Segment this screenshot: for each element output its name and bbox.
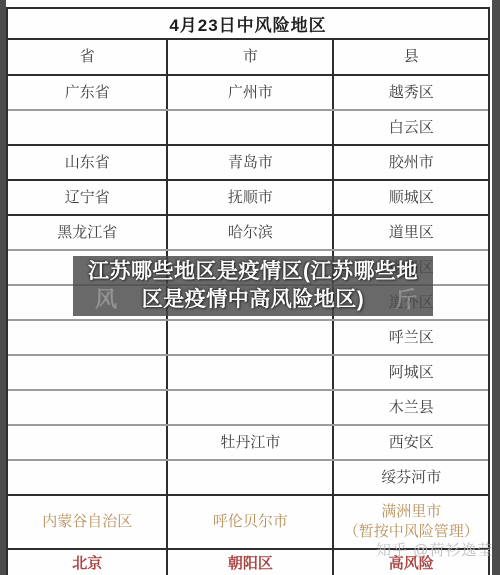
table-title: 4月23日中风险地区 <box>8 9 488 40</box>
cell-province: 北京 <box>8 550 166 575</box>
caption-line-1: 江苏哪些地区是疫情区(江苏哪些地 <box>88 258 418 286</box>
cell-province: 黑龙江省 <box>8 216 166 249</box>
table-row: 白云区 <box>8 109 488 144</box>
table-row: 阿城区 <box>8 354 488 389</box>
zhihu-watermark: 知乎 @荷衫逸莹 <box>376 539 493 560</box>
cell-city: 青岛市 <box>166 146 332 179</box>
cell-county: 胶州市 <box>332 146 488 179</box>
cell-province <box>8 426 166 459</box>
cell-province <box>8 461 166 494</box>
cell-city: 抚顺市 <box>166 181 332 214</box>
cell-city <box>166 391 332 424</box>
photo-edge-left <box>0 0 6 575</box>
table-row: 木兰县 <box>8 389 488 424</box>
table-row: 山东省青岛市胶州市 <box>8 144 488 179</box>
cell-county: 越秀区 <box>332 76 488 109</box>
photo-edge-right <box>492 0 500 575</box>
caption-banner: 江苏哪些地区是疫情区(江苏哪些地 区是疫情中高风险地区) 风 斤 <box>73 256 433 316</box>
cell-province: 内蒙谷自治区 <box>8 496 166 548</box>
table-header-row: 省 市 县 <box>8 40 488 74</box>
table-row: 牡丹江市西安区 <box>8 424 488 459</box>
cell-county: 道里区 <box>332 216 488 249</box>
cell-county: 呼兰区 <box>332 321 488 354</box>
cell-province: 辽宁省 <box>8 181 166 214</box>
cell-province <box>8 391 166 424</box>
bleedthrough-glyph-right: 斤 <box>395 286 418 314</box>
cell-city <box>166 321 332 354</box>
column-header-city: 市 <box>166 40 332 74</box>
column-header-province: 省 <box>8 40 166 74</box>
cell-province <box>8 111 166 144</box>
cell-city: 广州市 <box>166 76 332 109</box>
cell-county: 白云区 <box>332 111 488 144</box>
cell-province <box>8 356 166 389</box>
cell-county: 木兰县 <box>332 391 488 424</box>
cell-county: 阿城区 <box>332 356 488 389</box>
table-row: 黑龙江省哈尔滨道里区 <box>8 214 488 249</box>
cell-city <box>166 111 332 144</box>
cell-city: 朝阳区 <box>166 550 332 575</box>
cell-city <box>166 356 332 389</box>
cell-province: 山东省 <box>8 146 166 179</box>
table-row: 呼兰区 <box>8 319 488 354</box>
cell-city: 呼伦贝尔市 <box>166 496 332 548</box>
cell-province <box>8 321 166 354</box>
caption-line-2: 区是疫情中高风险地区) <box>142 286 365 314</box>
cell-city <box>166 461 332 494</box>
cell-city: 哈尔滨 <box>166 216 332 249</box>
cell-county: 绥芬河市 <box>332 461 488 494</box>
cell-province: 广东省 <box>8 76 166 109</box>
table-row: 辽宁省抚顺市顺城区 <box>8 179 488 214</box>
column-header-county: 县 <box>332 40 488 74</box>
cell-county: 顺城区 <box>332 181 488 214</box>
bleedthrough-glyph-left: 风 <box>95 286 118 314</box>
cell-county: 西安区 <box>332 426 488 459</box>
table-row: 绥芬河市 <box>8 459 488 494</box>
cell-city: 牡丹江市 <box>166 426 332 459</box>
table-row: 广东省广州市越秀区 <box>8 74 488 109</box>
table-body: 广东省广州市越秀区白云区山东省青岛市胶州市辽宁省抚顺市顺城区黑龙江省哈尔滨道里区… <box>8 74 488 575</box>
